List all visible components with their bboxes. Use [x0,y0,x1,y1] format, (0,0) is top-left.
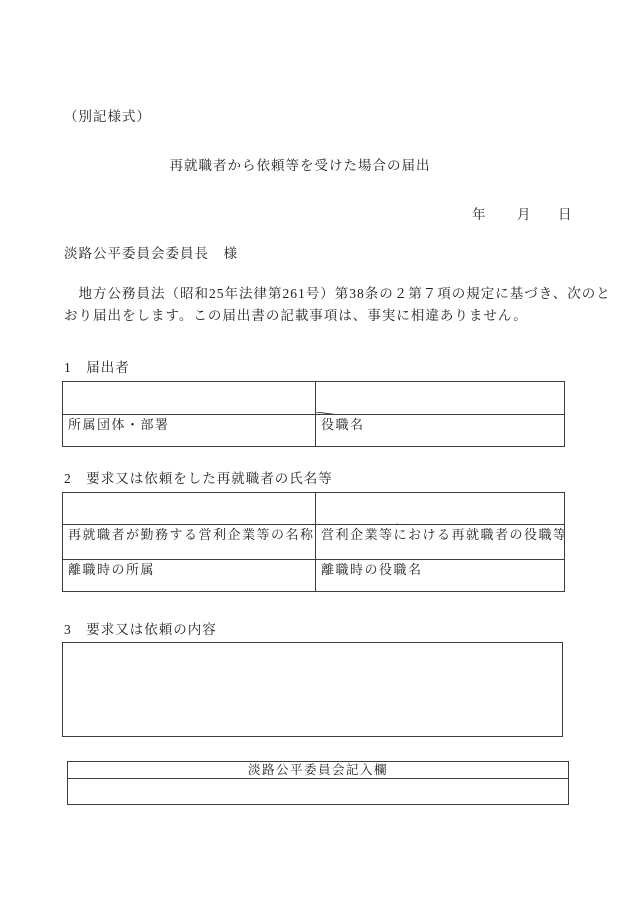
date-day-label: 日 [558,203,572,223]
body-paragraph-line1: 地方公務員法（昭和25年法律第261号）第38条の２第７項の規定に基づき、次のと [64,283,576,305]
reemployed-name-label-cell: ふりがな 氏 名 [63,493,315,524]
form-page: （別記様式） 再就職者から依頼等を受けた場合の届出 年 月 日 淡路公平委員会委… [0,0,630,915]
request-datetime-cell: 要求又は依頼が行われた日時 年 月 日 [315,493,564,524]
date-year-label: 年 [472,203,486,223]
diagonal-line [316,412,564,414]
addressee-line: 淡路公平委員会委員長 様 [64,246,238,262]
section1-table: ふりがな 氏 名 所属団体・部署 役職名 [62,381,565,447]
form-style-note: （別記様式） [64,109,151,125]
affiliation-label-cell: 所属団体・部署 [63,414,315,446]
section3-heading: 3 要求又は依頼の内容 [64,622,217,638]
applicant-name-label-cell: ふりがな 氏 名 [63,382,315,414]
office-entry-blank-row [68,779,568,804]
position-label-cell: 役職名 [315,414,564,446]
office-entry-header: 淡路公平委員会記入欄 [68,762,568,779]
company-position-label-cell: 営利企業等における再就職者の役職等 [315,524,564,559]
company-name-label-cell: 再就職者が勤務する営利企業等の名称 [63,524,315,559]
section1-heading: 1 届出者 [64,360,130,376]
document-title: 再就職者から依頼等を受けた場合の届出 [0,158,600,174]
section2-heading: 2 要求又は依頼をした再就職者の氏名等 [64,471,333,487]
office-entry-box: 淡路公平委員会記入欄 [67,761,569,805]
date-month-label: 月 [517,203,531,223]
section2-table: ふりがな 氏 名 要求又は依頼が行われた日時 年 月 日 再就職者が勤務する営利… [62,492,565,592]
diagonal-cell [315,382,564,414]
former-position-label-cell: 離職時の役職名 [315,559,564,591]
former-affiliation-label-cell: 離職時の所属 [63,559,315,591]
date-line: 年 月 日 [0,203,630,221]
body-paragraph-line2: おり届出をします。この届出書の記載事項は、事実に相違ありません。 [64,305,576,327]
request-content-box [62,642,563,737]
body-paragraph: 地方公務員法（昭和25年法律第261号）第38条の２第７項の規定に基づき、次のと… [64,283,576,328]
